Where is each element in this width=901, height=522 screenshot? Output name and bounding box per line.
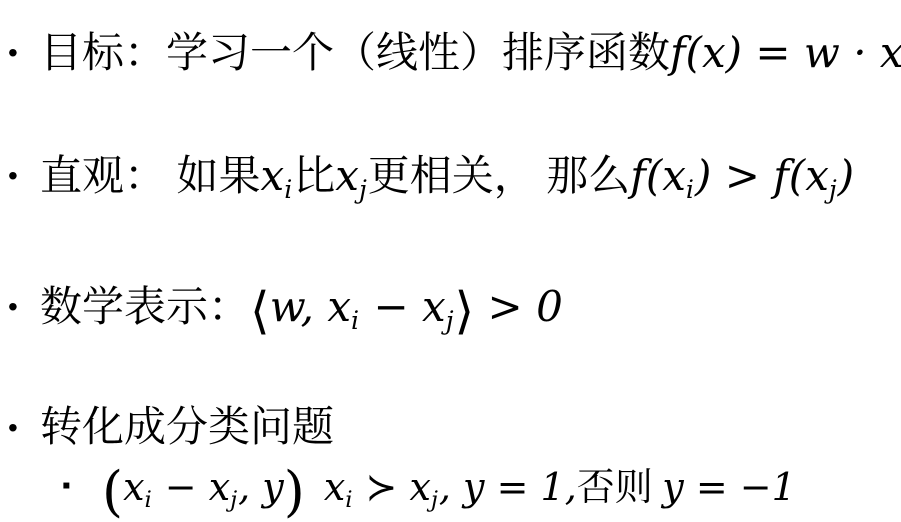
text-segment: j (431, 487, 438, 513)
text-segment: f(x (630, 151, 686, 200)
text-segment: − x (153, 465, 230, 509)
math-representation-line-content: 数学表示：⟨w, xi − xj⟩ > 0 (40, 280, 563, 340)
intuition-line-content: 直观： 如果xi比xj更相关， 那么f(xi) > f(xj) (40, 149, 854, 209)
text-segment: ⟨ (250, 291, 270, 331)
text-segment: ≻ x (353, 465, 430, 509)
text-segment: 数学表示： (40, 285, 250, 331)
text-segment: f(x) = w · x (670, 28, 901, 77)
bullet-line-goal: • 目标：学习一个（线性）排序函数f(x) = w · x (8, 26, 901, 81)
classification-line-content: 转化成分类问题 (40, 401, 334, 455)
text-segment: x (335, 151, 359, 200)
text-segment: j (829, 175, 837, 204)
text-segment: x (324, 465, 345, 509)
text-segment: − x (360, 282, 446, 331)
bullet-line-math-representation: • 数学表示：⟨w, xi − xj⟩ > 0 (8, 280, 563, 340)
text-segment: 否则 (577, 467, 663, 509)
text-segment: ( (102, 473, 123, 512)
text-segment: ) (284, 473, 305, 512)
text-segment: i (345, 487, 352, 513)
text-segment: x (123, 465, 144, 509)
text-segment (305, 467, 324, 509)
text-segment: > 0 (474, 282, 563, 331)
bullet-line-classification: • 转化成分类问题 (8, 401, 334, 455)
text-segment: 更相关， 那么 (368, 154, 631, 200)
text-segment: i (351, 306, 359, 335)
bullet-icon: • (8, 149, 40, 203)
text-segment: y = −1 (662, 465, 795, 509)
bullet-line-intuition: • 直观： 如果xi比xj更相关， 那么f(xi) > f(xj) (8, 149, 854, 209)
bullet-icon: • (8, 401, 40, 455)
text-segment: 直观： 如果 (40, 154, 261, 200)
text-segment: j (359, 175, 367, 204)
text-segment: i (284, 175, 292, 204)
sub-bullet-line-pair-rule: ▪ (xi − xj, y) xi ≻ xj, y = 1,否则 y = −1 (62, 462, 796, 518)
text-segment: , y (238, 465, 284, 509)
text-segment: j (446, 306, 454, 335)
goal-line-content: 目标：学习一个（线性）排序函数f(x) = w · x (40, 26, 901, 81)
square-bullet-icon: ▪ (62, 462, 102, 510)
bullet-icon: • (8, 280, 40, 334)
pair-rule-line-content: (xi − xj, y) xi ≻ xj, y = 1,否则 y = −1 (102, 462, 796, 518)
text-segment: , y = 1, (439, 465, 577, 509)
text-segment: i (145, 487, 152, 513)
text-segment: w, x (270, 282, 351, 331)
text-segment: 目标：学习一个（线性）排序函数 (40, 31, 670, 77)
text-segment: 转化成分类问题 (40, 405, 334, 451)
text-segment: x (261, 151, 285, 200)
text-segment: 比 (293, 154, 335, 200)
text-segment: j (230, 487, 237, 513)
slide: • 目标：学习一个（线性）排序函数f(x) = w · x • 直观： 如果xi… (0, 0, 901, 522)
bullet-icon: • (8, 26, 40, 80)
text-segment: ) > f(x (695, 151, 829, 200)
text-segment: ) (838, 151, 854, 200)
text-segment: i (686, 175, 694, 204)
text-segment: ⟩ (455, 291, 475, 331)
